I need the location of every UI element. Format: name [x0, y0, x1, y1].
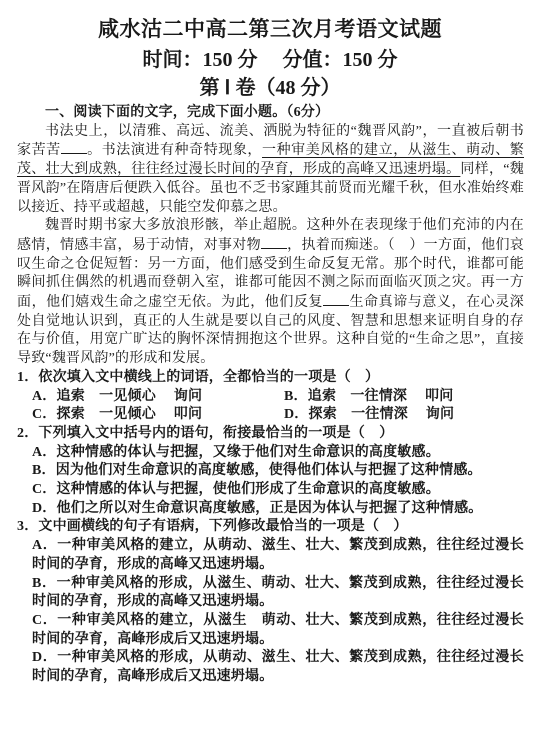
question-2-stem: 2．下列填入文中括号内的语句，衔接最恰当的一项是（ ） [17, 425, 524, 444]
passage-paragraph-1: 书法史上，以清雅、高远、流美、洒脱为特征的“魏晋风韵”，一直被后朝书家苦苦。书法… [17, 123, 524, 218]
question-2: 2．下列填入文中括号内的语句，衔接最恰当的一项是（ ） A．这种情感的体认与把握… [17, 425, 524, 519]
question-2-option-c: C．这种情感的体认与把握，使他们形成了生命意识的高度敏感。 [32, 481, 524, 500]
question-2-option-b: B．因为他们对生命意识的高度敏感，使得他们体认与把握了这种情感。 [32, 462, 524, 481]
question-2-option-a: A．这种情感的体认与把握，又缘于他们对生命意识的高度敏感。 [32, 444, 524, 463]
paper-title: 咸水沽二中高二第三次月考语文试题 [0, 14, 540, 44]
question-1-stem: 1．依次填入文中横线上的词语，全都恰当的一项是（ ） [17, 369, 524, 388]
question-3-option-b: B．一种审美风格的形成，从滋生、萌动、壮大、繁茂到成熟，往往经过漫长时间的孕育，… [32, 575, 524, 612]
fill-blank-2 [261, 236, 287, 249]
question-3-options: A．一种审美风格的建立，从萌动、滋生、壮大、繁茂到成熟，往往经过漫长时间的孕育，… [32, 537, 524, 687]
question-1-option-b: B．追索 一往情深 叩问 [284, 388, 453, 407]
question-3-option-c: C．一种审美风格的建立，从滋生 萌动、壮大、繁茂到成熟，往往经过漫长时间的孕育，… [32, 612, 524, 649]
paper-time-score: 时间：150 分 分值：150 分 [0, 46, 540, 74]
question-1-option-row-2: C．探索 一见倾心 叩问 D．探索 一往情深 询问 [32, 406, 524, 425]
section-heading: 一、阅读下面的文字，完成下面小题。（6分） [17, 104, 524, 123]
question-3-option-a: A．一种审美风格的建立，从萌动、滋生、壮大、繁茂到成熟，往往经过漫长时间的孕育，… [32, 537, 524, 574]
question-1-option-c: C．探索 一见倾心 叩问 [32, 406, 284, 425]
paper-content: 一、阅读下面的文字，完成下面小题。（6分） 书法史上，以清雅、高远、流美、洒脱为… [0, 102, 540, 687]
question-1-option-a: A．追索 一见倾心 询问 [32, 388, 284, 407]
paper-header: 咸水沽二中高二第三次月考语文试题 时间：150 分 分值：150 分 第 Ⅰ 卷… [0, 0, 540, 102]
question-3-stem: 3．文中画横线的句子有语病，下列修改最恰当的一项是（ ） [17, 518, 524, 537]
question-2-option-d: D．他们之所以对生命意识高度敏感，正是因为体认与把握了这种情感。 [32, 500, 524, 519]
question-2-options: A．这种情感的体认与把握，又缘于他们对生命意识的高度敏感。 B．因为他们对生命意… [32, 444, 524, 519]
question-3: 3．文中画横线的句子有语病，下列修改最恰当的一项是（ ） A．一种审美风格的建立… [17, 518, 524, 686]
question-1: 1．依次填入文中横线上的词语，全都恰当的一项是（ ） A．追索 一见倾心 询问 … [17, 369, 524, 425]
para1-text-mid: 。书法演进有种奇特现象， [87, 143, 262, 158]
exam-paper-page: 咸水沽二中高二第三次月考语文试题 时间：150 分 分值：150 分 第 Ⅰ 卷… [0, 0, 540, 755]
passage-paragraph-2: 魏晋时期书家大多放浪形骸，举止超脱。这种外在表现缘于他们充沛的内在感情，情感丰富… [17, 217, 524, 369]
question-1-options: A．追索 一见倾心 询问 B．追索 一往情深 叩问 C．探索 一见倾心 叩问 D… [32, 388, 524, 425]
question-1-option-row-1: A．追索 一见倾心 询问 B．追索 一往情深 叩问 [32, 388, 524, 407]
paper-volume: 第 Ⅰ 卷（48 分） [0, 74, 540, 102]
question-3-option-d: D．一种审美风格的形成，从萌动、滋生、壮大、繁茂到成熟，往往经过漫长时间的孕育，… [32, 649, 524, 686]
question-1-option-d: D．探索 一往情深 询问 [284, 406, 454, 425]
fill-blank-3 [323, 293, 349, 306]
fill-blank-1 [61, 141, 87, 154]
